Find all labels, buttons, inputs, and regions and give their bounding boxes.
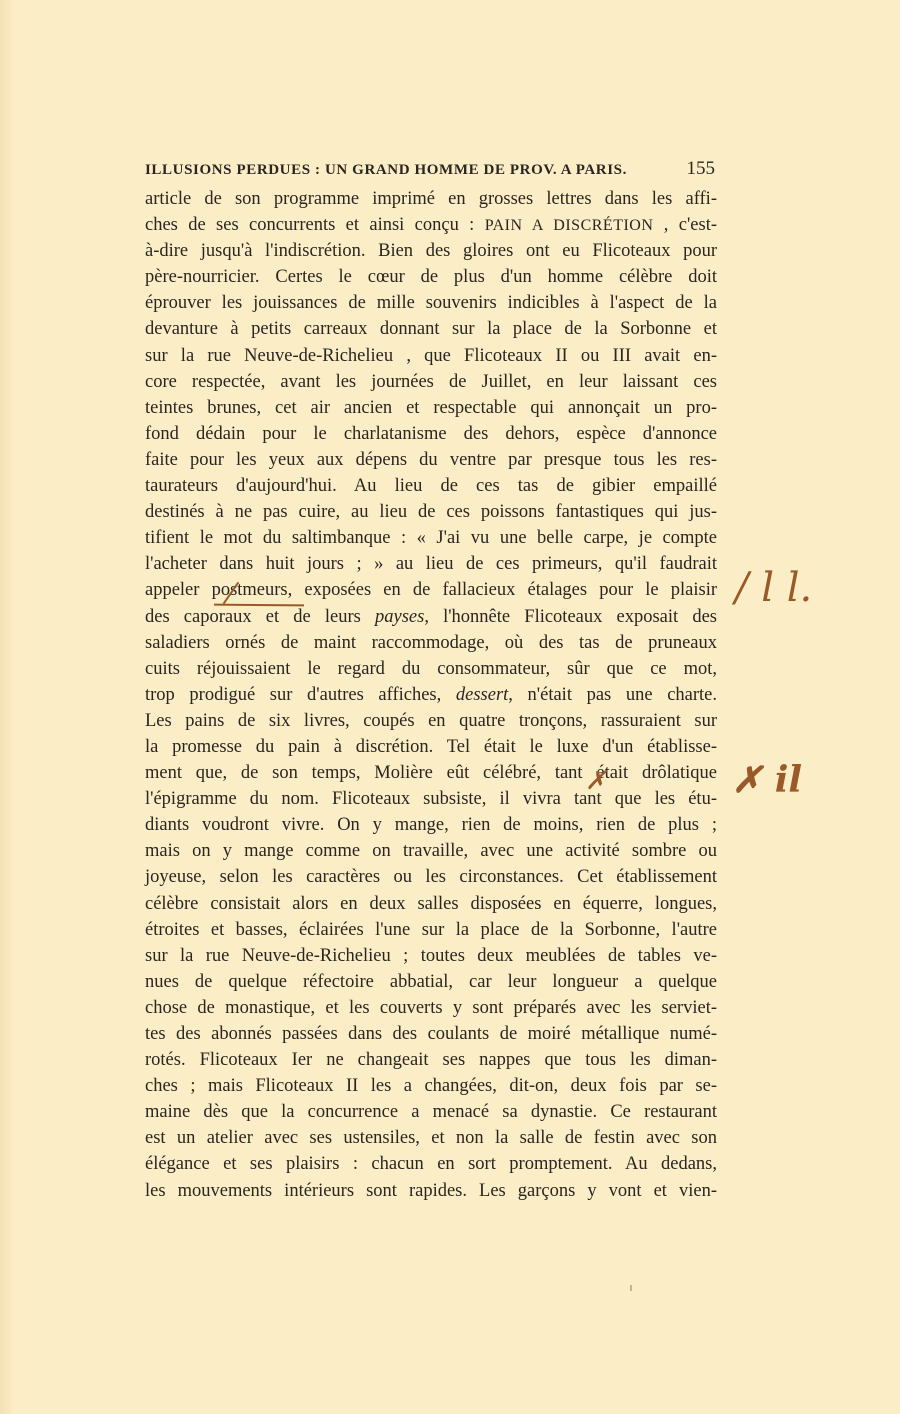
text-line: l'acheter dans huit jours ; » au lieu de…: [145, 551, 717, 577]
italic-word: payses: [375, 607, 424, 627]
text-line: à-dire jusqu'à l'indiscrétion. Bien des …: [145, 238, 717, 264]
text-line: l'épigramme du nom. Flicoteaux subsiste,…: [145, 786, 717, 812]
page-spine-shadow: [0, 0, 14, 1414]
text-line: des caporaux et de leurs payses, l'honnê…: [145, 604, 717, 630]
text-line: ches de ses concurrents et ainsi conçu :…: [145, 212, 717, 238]
text-line: core respectée, avant les journées de Ju…: [145, 369, 717, 395]
text-line: rotés. Flicoteaux Ier ne changeait ses n…: [145, 1047, 717, 1073]
margin-note-deletion: ✗ il: [732, 762, 802, 798]
body-text: article de son programme imprimé en gros…: [145, 186, 717, 1204]
text-line: teintes brunes, cet air ancien et respec…: [145, 395, 717, 421]
text-line: élégance et ses plaisirs : chacun en sor…: [145, 1151, 717, 1177]
text-line: article de son programme imprimé en gros…: [145, 186, 717, 212]
text-line: joyeuse, selon les caractères ou les cir…: [145, 864, 717, 890]
text-line: sur la rue Neuve-de-Richelieu ; toutes d…: [145, 943, 717, 969]
small-caps-text: PAIN A DISCRÉTION: [485, 217, 654, 234]
paper-speck: [630, 1285, 632, 1291]
text-line: sur la rue Neuve-de-Richelieu , que Flic…: [145, 343, 717, 369]
text-line: la promesse du pain à discrétion. Tel ét…: [145, 734, 717, 760]
text-line: mais on y mange comme on travaille, avec…: [145, 838, 717, 864]
text-line: nues de quelque réfectoire abbatial, car…: [145, 969, 717, 995]
text-line: faite pour les yeux aux dépens du ventre…: [145, 447, 717, 473]
text-line: devanture à petits carreaux donnant sur …: [145, 316, 717, 342]
text-line: trop prodigué sur d'autres affiches, des…: [145, 682, 717, 708]
text-line: ches ; mais Flicoteaux II les a changées…: [145, 1073, 717, 1099]
text-line: étroites et basses, éclairées l'une sur …: [145, 917, 717, 943]
text-line: ment que, de son temps, Molière eût célé…: [145, 760, 717, 786]
text-line: taurateurs d'aujourd'hui. Au lieu de ces…: [145, 473, 717, 499]
text-line: maine dès que la concurrence a menacé sa…: [145, 1099, 717, 1125]
text-line: tes des abonnés passées dans des coulant…: [145, 1021, 717, 1047]
text-line: célèbre consistait alors en deux salles …: [145, 891, 717, 917]
margin-note-correction: / l l.: [735, 568, 812, 608]
text-line: fond dédain pour le charlatanisme des de…: [145, 421, 717, 447]
text-line: saladiers ornés de maint raccommodage, o…: [145, 630, 717, 656]
text-line: diants voudront vivre. On y mange, rien …: [145, 812, 717, 838]
text-line: tifient le mot du saltimbanque : « J'ai …: [145, 525, 717, 551]
text-line: chose de monastique, et les couverts y s…: [145, 995, 717, 1021]
running-title: ILLUSIONS PERDUES : UN GRAND HOMME DE PR…: [145, 162, 627, 179]
text-line: père-nourricier. Certes le cœur de plus …: [145, 264, 717, 290]
text-line: éprouver les jouissances de mille souven…: [145, 290, 717, 316]
running-header: ILLUSIONS PERDUES : UN GRAND HOMME DE PR…: [145, 158, 715, 180]
page-number: 155: [687, 158, 716, 180]
text-line: cuits réjouissaient le regard du consomm…: [145, 656, 717, 682]
text-line: est un atelier avec ses ustensiles, et n…: [145, 1125, 717, 1151]
text-line: Les pains de six livres, coupés en quatr…: [145, 708, 717, 734]
italic-word: dessert: [456, 685, 508, 705]
text-line: destinés à ne pas cuire, au lieu de ces …: [145, 499, 717, 525]
handwritten-strikeout: ✗: [585, 768, 607, 794]
text-line: les mouvements intérieurs sont rapides. …: [145, 1178, 717, 1204]
